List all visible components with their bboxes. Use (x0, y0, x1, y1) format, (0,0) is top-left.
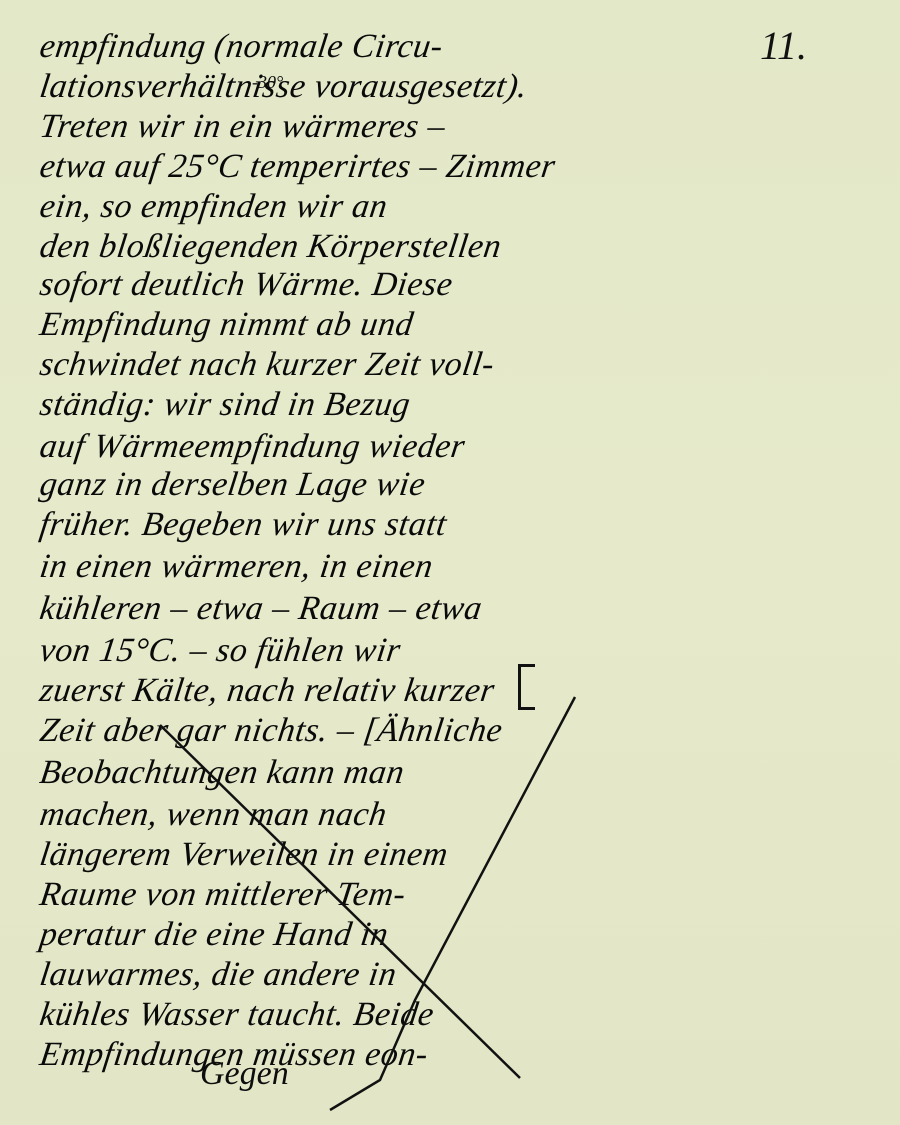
text-line: von 15°C. – so fühlen wir (37, 632, 403, 670)
text-line: kühleren – etwa – Raum – etwa (37, 590, 484, 628)
text-line: lauwarmes, die andere in (37, 956, 399, 994)
text-line: Treten wir in ein wärmeres – (37, 108, 448, 146)
manuscript-page: 11. -30° empfindung (normale Circu- lati… (0, 0, 900, 1125)
text-line: etwa auf 25°C temperirtes – Zimmer (37, 148, 557, 186)
text-line: Empfindung nimmt ab und (37, 306, 416, 344)
text-line: zuerst Kälte, nach relativ kurzer (37, 672, 497, 710)
text-line: schwindet nach kurzer Zeit voll- (37, 346, 496, 384)
text-line: Raume von mittlerer Tem- (37, 876, 408, 914)
text-line: früher. Begeben wir uns statt (37, 506, 449, 544)
text-line: peratur die eine Hand in (37, 916, 391, 954)
text-line: kühles Wasser taucht. Beide (37, 996, 436, 1034)
signoff-word: Gegen (200, 1055, 289, 1093)
text-line: längerem Verweilen in einem (37, 836, 450, 874)
text-line: ganz in derselben Lage wie (37, 466, 427, 504)
text-line: Beobachtungen kann man (37, 754, 406, 792)
text-line: sofort deutlich Wärme. Diese (37, 266, 455, 304)
text-line: machen, wenn man nach (37, 796, 389, 834)
bracket-mark (518, 664, 535, 710)
text-line: in einen wärmeren, in einen (37, 548, 435, 586)
text-line: den bloßliegenden Körperstellen (37, 228, 504, 266)
text-line: auf Wärmeempfindung wieder (37, 428, 467, 466)
text-line: ein, so empfinden wir an (37, 188, 390, 226)
text-line: Zeit aber gar nichts. – [Ähnliche (37, 712, 505, 750)
text-line: lationsverhältnisse vorausgesetzt). (37, 68, 530, 106)
text-line: empfindung (normale Circu- (37, 28, 445, 66)
page-number: 11. (760, 22, 807, 69)
text-line: ständig: wir sind in Bezug (37, 386, 412, 424)
